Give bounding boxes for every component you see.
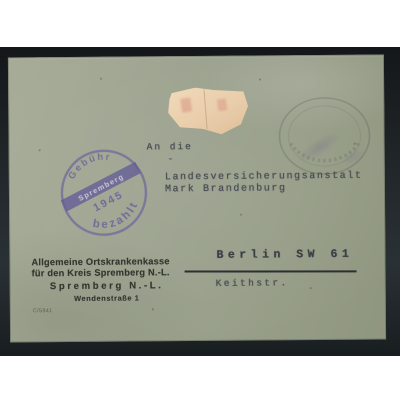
typed-tick-mark: -	[168, 154, 173, 164]
paper-speck	[152, 308, 154, 310]
sender-form-number: C/5941	[33, 308, 53, 314]
paper-speck	[310, 287, 312, 289]
stamp-remnant-ink-trace	[181, 97, 193, 112]
address-street: Keithstr.	[216, 277, 289, 289]
paper-speck	[240, 214, 242, 216]
address-city: Berlin SW 61	[216, 248, 353, 262]
address-recipient-line1: Landesversicherungsanstalt	[165, 171, 363, 184]
sender-line3: Spremberg N.-L.	[32, 281, 182, 293]
sender-line2: für den Kreis Spremberg N.-L.	[32, 267, 182, 279]
paper-speck	[100, 78, 102, 80]
envelope-front: Spremberg 1945 Gebühr bezahlt An die - L…	[8, 55, 386, 343]
photo-dark-background: Spremberg 1945 Gebühr bezahlt An die - L…	[0, 47, 400, 356]
sender-line4: Wendenstraße 1	[32, 293, 182, 305]
torn-stamp-remnant	[165, 80, 251, 141]
sender-line1: Allgemeine Ortskrankenkasse	[31, 256, 181, 268]
sender-imprint: Allgemeine Ortskrankenkasse für den Krei…	[31, 256, 181, 304]
stamp-remnant-crease	[203, 89, 207, 129]
paper-speck	[39, 149, 41, 151]
stamp-remnant-ink-trace	[216, 98, 227, 111]
address-salutation: An die	[147, 141, 193, 152]
paper-speck	[259, 78, 261, 80]
address-recipient-line2: Mark Brandenburg	[165, 183, 287, 195]
auction-photo-page: Spremberg 1945 Gebühr bezahlt An die - L…	[0, 0, 400, 400]
address-city-underline	[185, 270, 357, 272]
